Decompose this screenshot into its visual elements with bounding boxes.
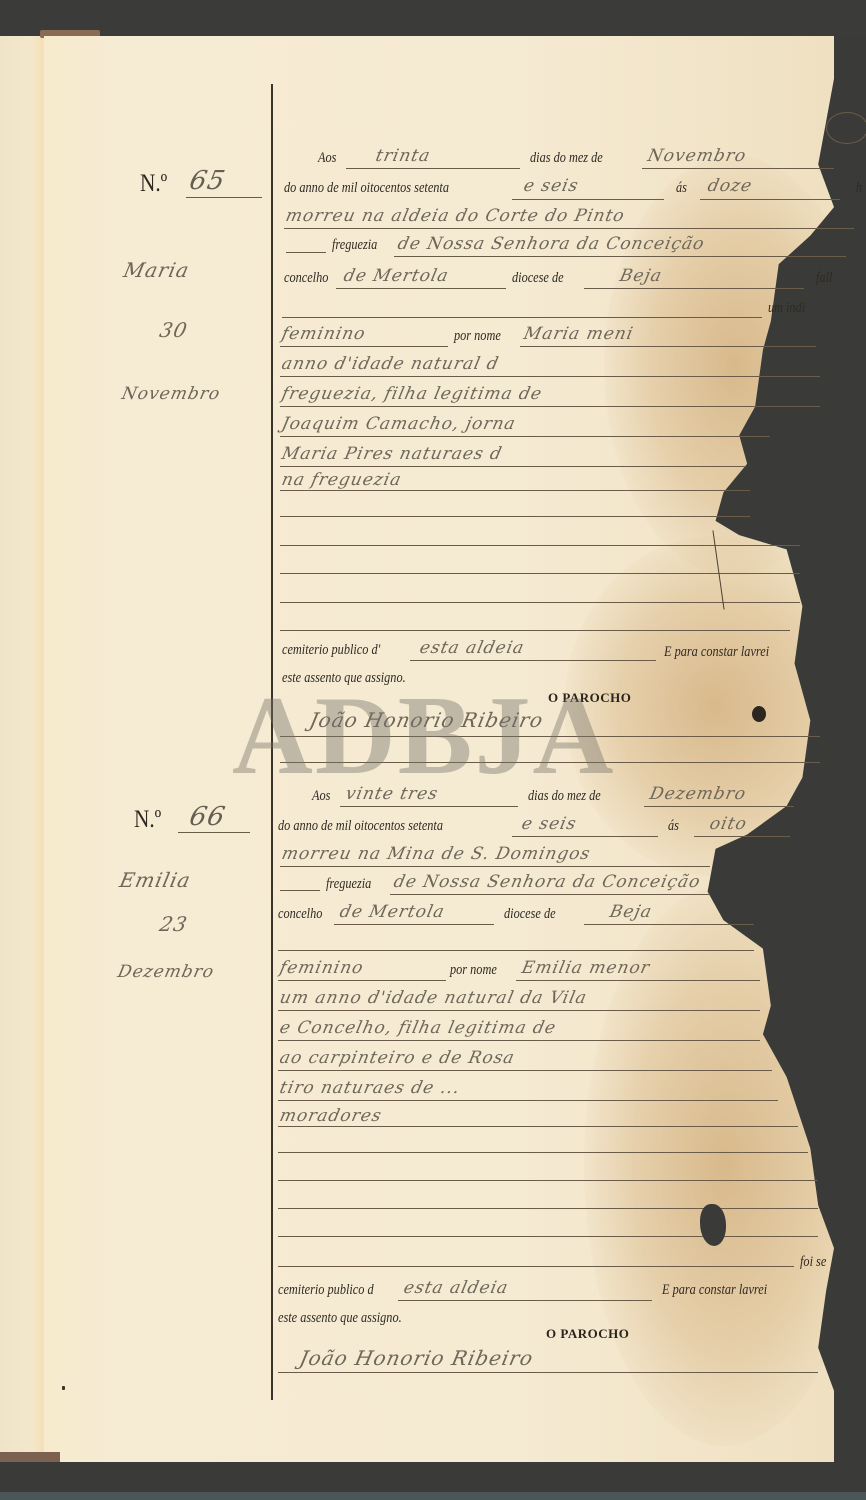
- ink-speck: [62, 1386, 65, 1390]
- field-diocese: Beja: [618, 266, 664, 286]
- rule: [642, 168, 834, 169]
- burn-hole: [700, 1204, 726, 1246]
- label-as: ás: [676, 180, 687, 197]
- label-concelho: concelho: [278, 906, 322, 923]
- rule: [278, 1010, 760, 1011]
- label-freguezia: freguezia: [326, 876, 371, 893]
- rule: [280, 490, 750, 491]
- entry-number-prefix: N.º: [134, 806, 161, 834]
- rule: [278, 950, 754, 951]
- margin-month: Dezembro: [116, 962, 216, 982]
- rule: [278, 1040, 760, 1041]
- label-por-nome: por nome: [454, 328, 501, 345]
- label-dias: dias do mez de: [528, 788, 601, 805]
- rule: [278, 1152, 808, 1153]
- field-month: Novembro: [646, 146, 748, 166]
- rule: [394, 256, 846, 257]
- label-assento: este assento que assigno.: [278, 1310, 402, 1327]
- field-place: morreu na Mina de S. Domingos: [280, 844, 593, 864]
- field-text-line: freguezia, filha legitima de: [280, 384, 544, 404]
- rule: [284, 228, 854, 229]
- field-cemetery: esta aldeia: [418, 638, 527, 658]
- rule: [280, 406, 820, 407]
- rule: [584, 288, 804, 289]
- scanner-bed-stripe: [0, 1492, 866, 1500]
- rule: [336, 288, 506, 289]
- water-stain: [604, 156, 864, 576]
- rule: [186, 197, 262, 198]
- field-name: Maria meni: [522, 324, 635, 344]
- label-as: ás: [668, 818, 679, 835]
- label-constar: E para constar lavrei: [662, 1282, 767, 1299]
- field-municipality: de Mertola: [342, 266, 451, 286]
- rule: [278, 1070, 772, 1071]
- field-name: Emilia menor: [520, 958, 652, 978]
- field-text-line: tiro naturaes de ...: [278, 1078, 462, 1098]
- field-month: Dezembro: [648, 784, 748, 804]
- field-parish: de Nossa Senhora da Conceição: [396, 234, 707, 254]
- archive-watermark: ADBJA: [232, 680, 615, 792]
- rule: [512, 836, 658, 837]
- rule: [398, 1300, 652, 1301]
- rule: [516, 980, 760, 981]
- label-cemiterio: cemiterio publico d: [278, 1282, 374, 1299]
- rule: [280, 890, 320, 891]
- field-year: e seis: [520, 814, 579, 834]
- rule: [512, 199, 664, 200]
- field-text-line: Maria Pires naturaes d: [280, 444, 504, 464]
- field-hour: oito: [708, 814, 749, 834]
- rule: [410, 660, 656, 661]
- field-day: vinte tres: [344, 784, 440, 804]
- rule: [280, 545, 800, 546]
- label-diocese: diocese de: [504, 906, 556, 923]
- rule: [280, 436, 770, 437]
- rule: [340, 806, 518, 807]
- field-year: e seis: [522, 176, 581, 196]
- rule: [700, 199, 840, 200]
- field-diocese: Beja: [608, 902, 654, 922]
- label-anno: do anno de mil oitocentos setenta: [278, 818, 443, 835]
- field-text-line: Joaquim Camacho, jorna: [280, 414, 518, 434]
- margin-name: Maria: [121, 258, 191, 282]
- label-fall: fall: [816, 270, 832, 287]
- field-text-line: moradores: [278, 1106, 384, 1126]
- label-aos: Aos: [318, 150, 336, 167]
- rule: [280, 866, 710, 867]
- rule: [278, 1100, 778, 1101]
- rule: [280, 466, 746, 467]
- field-day: trinta: [374, 146, 433, 166]
- scan-background-top: [0, 0, 866, 36]
- rule: [278, 1372, 818, 1373]
- rule: [278, 1236, 818, 1237]
- facing-page-edge: [0, 36, 44, 1456]
- rule: [278, 1126, 798, 1127]
- binding-edge-bottom: [0, 1452, 60, 1462]
- rule: [278, 980, 446, 981]
- rule: [346, 168, 520, 169]
- entry-number: 65: [187, 166, 228, 196]
- rule: [280, 573, 800, 574]
- label-por-nome: por nome: [450, 962, 497, 979]
- label-freguezia: freguezia: [332, 237, 377, 254]
- priest-signature: João Honorio Ribeiro: [297, 1346, 535, 1370]
- rule: [280, 516, 750, 517]
- label-h: h: [856, 180, 862, 197]
- entry-number-prefix: N.º: [140, 170, 167, 198]
- field-text-line: anno d'idade natural d: [280, 354, 501, 374]
- label-um-individuo: um indi: [768, 300, 805, 317]
- label-anno: do anno de mil oitocentos setenta: [284, 180, 449, 197]
- rule: [282, 317, 762, 318]
- rule: [334, 924, 494, 925]
- stamp-mark: [826, 112, 866, 144]
- label-aos: Aos: [312, 788, 330, 805]
- field-text-line: na freguezia: [280, 470, 404, 490]
- field-text-line: um anno d'idade natural da Vila: [278, 988, 589, 1008]
- rule: [280, 346, 448, 347]
- label-concelho: concelho: [284, 270, 328, 287]
- entry-number: 66: [187, 802, 228, 832]
- rule: [278, 1180, 818, 1181]
- margin-name: Emilia: [117, 868, 193, 892]
- margin-month: Novembro: [120, 384, 222, 404]
- field-text-line: e Concelho, filha legitima de: [278, 1018, 558, 1038]
- rule: [278, 1208, 818, 1209]
- rule: [390, 894, 710, 895]
- rule: [520, 346, 816, 347]
- burn-mark: [752, 706, 766, 722]
- label-constar: E para constar lavrei: [664, 644, 769, 661]
- rule: [178, 832, 250, 833]
- field-cemetery: esta aldeia: [402, 1278, 511, 1298]
- field-hour: doze: [706, 176, 754, 196]
- field-sex: feminino: [280, 324, 368, 344]
- field-sex: feminino: [278, 958, 366, 978]
- margin-day: 30: [157, 318, 190, 342]
- rule: [644, 806, 794, 807]
- margin-day: 23: [157, 912, 190, 936]
- rule: [280, 630, 790, 631]
- label-cemiterio: cemiterio publico d': [282, 642, 380, 659]
- rule: [694, 836, 790, 837]
- rule: [286, 252, 326, 253]
- label-dias: dias do mez de: [530, 150, 603, 167]
- field-place: morreu na aldeia do Corte do Pinto: [284, 206, 627, 226]
- parocho-heading: O PAROCHO: [546, 1326, 629, 1342]
- label-foi: foi se: [800, 1254, 826, 1271]
- rule: [584, 924, 754, 925]
- field-text-line: ao carpinteiro e de Rosa: [278, 1048, 517, 1068]
- field-municipality: de Mertola: [338, 902, 447, 922]
- rule: [278, 1266, 794, 1267]
- field-parish: de Nossa Senhora da Conceição: [392, 872, 703, 892]
- rule: [280, 376, 820, 377]
- label-diocese: diocese de: [512, 270, 564, 287]
